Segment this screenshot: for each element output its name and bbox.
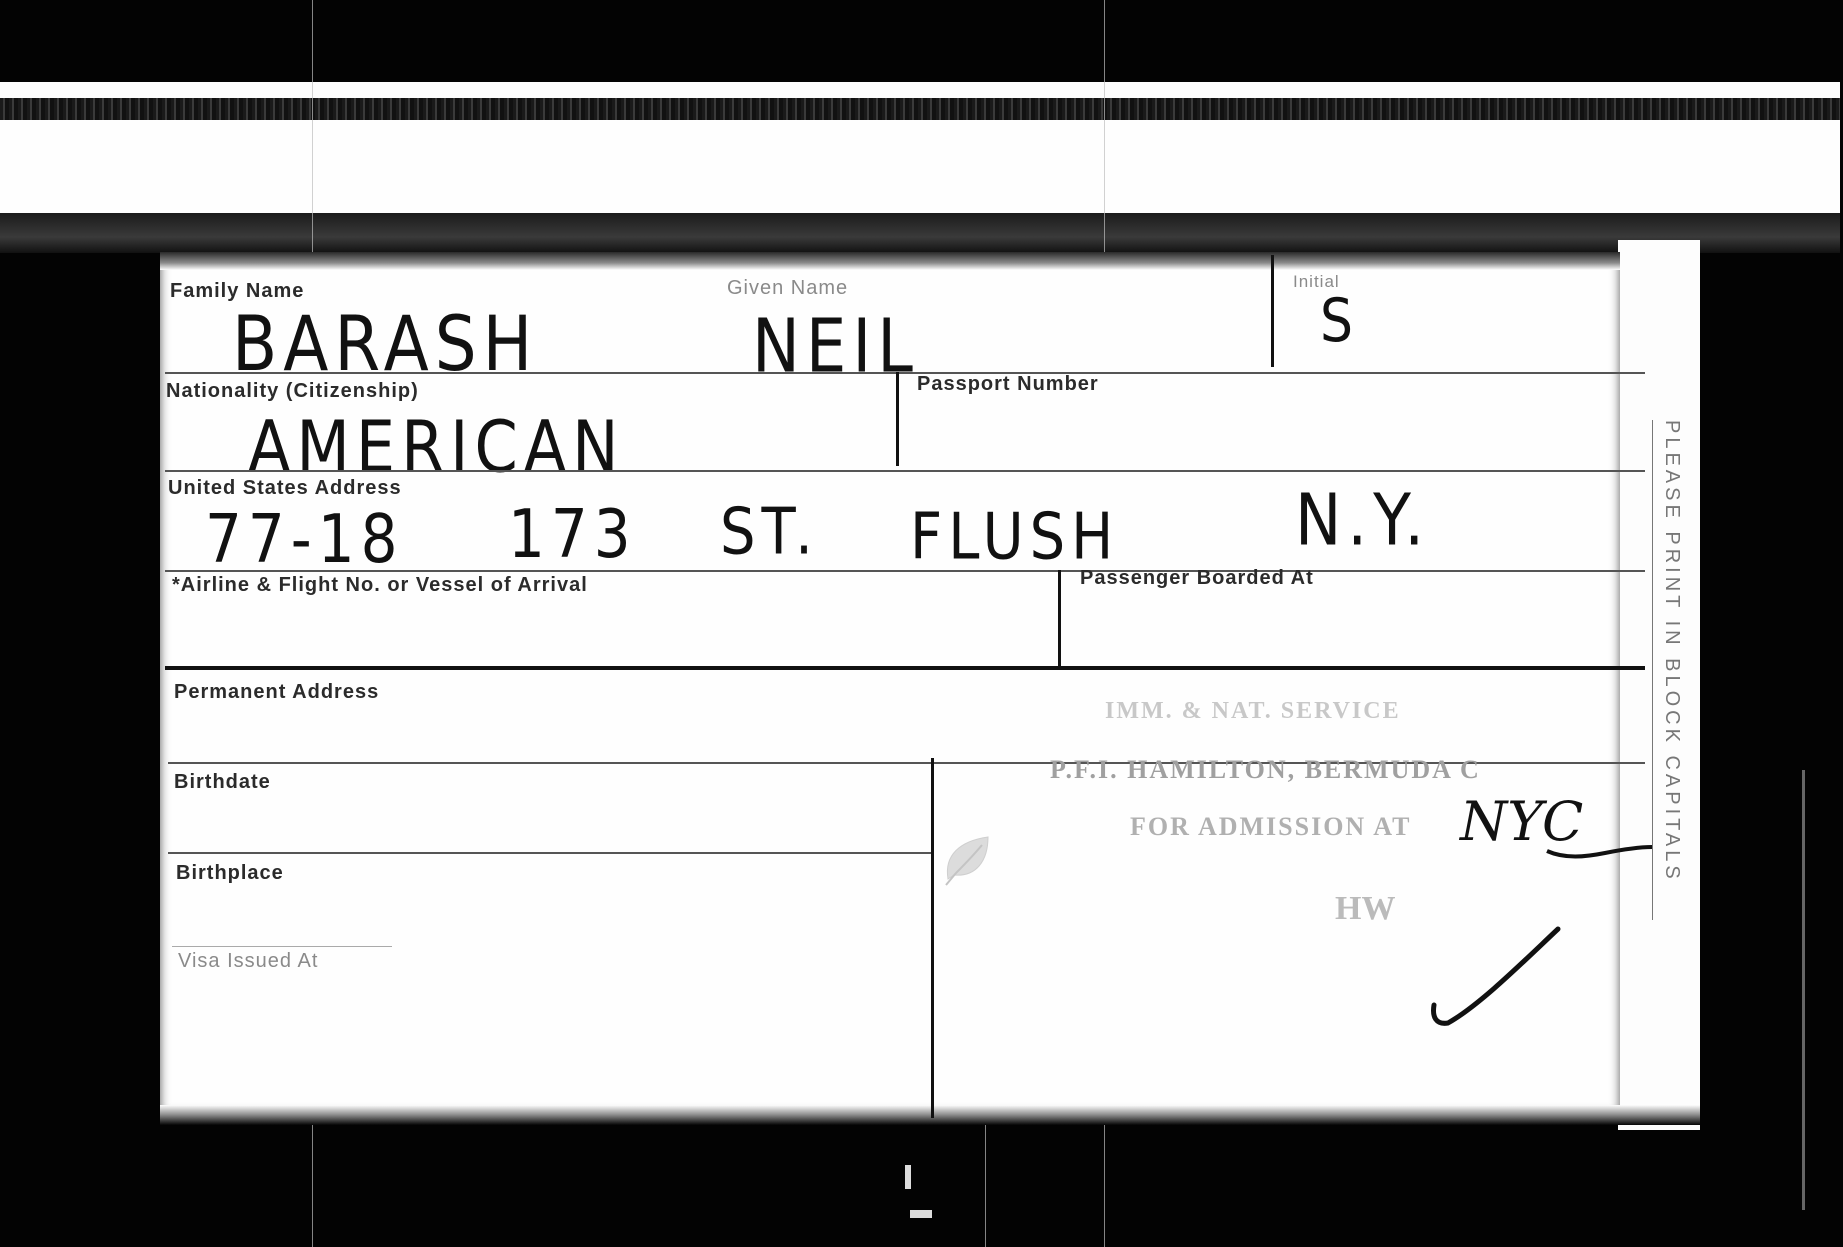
- us-address-part-3: ST.: [720, 495, 819, 570]
- boarded-divider: [1058, 570, 1061, 668]
- film-band-shadow: [0, 213, 1840, 253]
- birthdate-label: Birthdate: [174, 771, 271, 794]
- signature-stroke: [1545, 833, 1655, 863]
- checkmark-icon: [1430, 925, 1570, 1035]
- film-band-light: [0, 82, 1840, 98]
- tab-rule: [1652, 420, 1653, 920]
- stamp-initials: HW: [1335, 890, 1395, 928]
- film-band-noise: [0, 98, 1840, 120]
- stamp-line-3: FOR ADMISSION AT: [1130, 812, 1411, 842]
- row-divider-faint: [172, 946, 392, 947]
- block-capitals-instruction: PLEASE PRINT IN BLOCK CAPITALS: [1660, 420, 1683, 883]
- row-divider: [165, 372, 1645, 374]
- us-address-part-5: N.Y.: [1295, 478, 1430, 562]
- row-divider: [165, 470, 1645, 472]
- film-band-blank: [0, 120, 1840, 213]
- stamp-line-2: P.F.I. HAMILTON, BERMUDA C: [1050, 755, 1481, 785]
- film-speck: [905, 1165, 911, 1189]
- family-name-value: BARASH: [232, 300, 538, 389]
- passenger-boarded-label: Passenger Boarded At: [1080, 567, 1314, 590]
- row-divider: [168, 852, 931, 854]
- initial-divider: [1271, 255, 1274, 367]
- stamp-line-1: IMM. & NAT. SERVICE: [1105, 698, 1401, 725]
- us-address-part-4: FLUSH: [910, 500, 1119, 575]
- birthplace-label: Birthplace: [176, 862, 284, 885]
- initial-value: S: [1320, 287, 1359, 356]
- given-name-value: NEIL: [752, 305, 919, 390]
- permanent-address-label: Permanent Address: [174, 681, 379, 704]
- card-top-edge: [160, 252, 1620, 270]
- row-divider: [165, 570, 1645, 572]
- visa-issued-label: Visa Issued At: [178, 950, 318, 973]
- card-bottom-edge: [160, 1105, 1700, 1125]
- passport-number-label: Passport Number: [917, 373, 1099, 396]
- us-address-label: United States Address: [168, 477, 402, 500]
- passport-divider: [896, 372, 899, 466]
- center-divider: [931, 758, 934, 1118]
- us-address-part-1: 77-18: [205, 500, 404, 578]
- leaf-watermark-icon: [940, 835, 992, 887]
- given-name-label: Given Name: [727, 277, 848, 300]
- film-edge-mark: [1802, 770, 1805, 1210]
- us-address-part-2: 173: [508, 495, 637, 573]
- film-scratch: [985, 1120, 986, 1247]
- nationality-label: Nationality (Citizenship): [166, 380, 419, 403]
- section-divider: [165, 666, 1645, 670]
- film-speck: [910, 1210, 932, 1218]
- airline-flight-label: *Airline & Flight No. or Vessel of Arriv…: [172, 574, 588, 597]
